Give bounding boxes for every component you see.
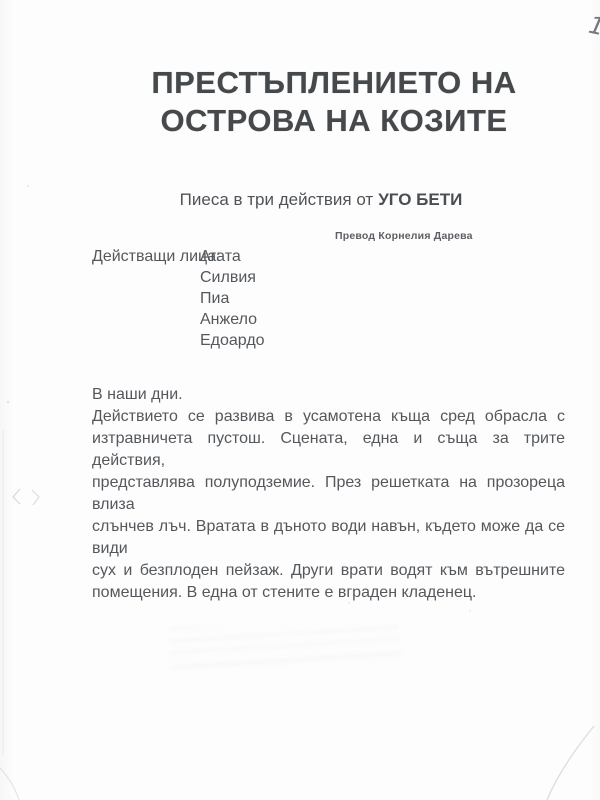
cast-names-column: Агата Силвия Пиа Анжело Едоардо <box>200 246 392 351</box>
play-title-line-2: ОСТРОВА НА КОЗИТЕ <box>88 102 580 140</box>
scanned-play-script-page: 1 ПРЕСТЪПЛЕНИЕТО НА ОСТРОВА НА КОЗИТЕ Пи… <box>0 0 600 800</box>
cast-list-label: Действащи лица: <box>92 246 221 267</box>
play-title: ПРЕСТЪПЛЕНИЕТО НА ОСТРОВА НА КОЗИТЕ <box>88 64 580 140</box>
cast-name: Агата <box>200 246 392 267</box>
setting-line: изтравничета пустош. Сцената, една и същ… <box>92 428 565 472</box>
setting-line: Действието се развива в усамотена къща с… <box>92 406 565 428</box>
setting-description: В наши дни. Действието се развива в усам… <box>92 384 565 604</box>
cast-name: Анжело <box>200 309 392 330</box>
play-subtitle: Пиеса в три действия отУГО БЕТИ <box>92 190 550 210</box>
setting-line: слънчев лъч. Вратата в дъното води навън… <box>92 516 565 560</box>
play-title-line-1: ПРЕСТЪПЛЕНИЕТО НА <box>88 64 580 102</box>
handwritten-page-number: 1 <box>586 11 600 42</box>
author-name: УГО БЕТИ <box>378 190 462 209</box>
erased-text-smudge <box>169 622 401 703</box>
translator-credit: Превод Корнелия Дарева <box>335 230 473 242</box>
cast-name: Силвия <box>200 267 392 288</box>
setting-line: представлява полуподземие. През решеткат… <box>92 472 565 516</box>
cast-name: Едоардо <box>200 330 392 351</box>
cast-name: Пиа <box>200 288 392 309</box>
setting-intro-line: В наши дни. <box>92 384 565 406</box>
setting-line: помещения. В една от стените е вграден к… <box>92 582 565 604</box>
setting-line: сух и безплоден пейзаж. Други врати водя… <box>92 560 565 582</box>
subtitle-text: Пиеса в три действия от <box>180 190 374 209</box>
cast-list: Действащи лица: Агата Силвия Пиа Анжело … <box>92 246 392 351</box>
